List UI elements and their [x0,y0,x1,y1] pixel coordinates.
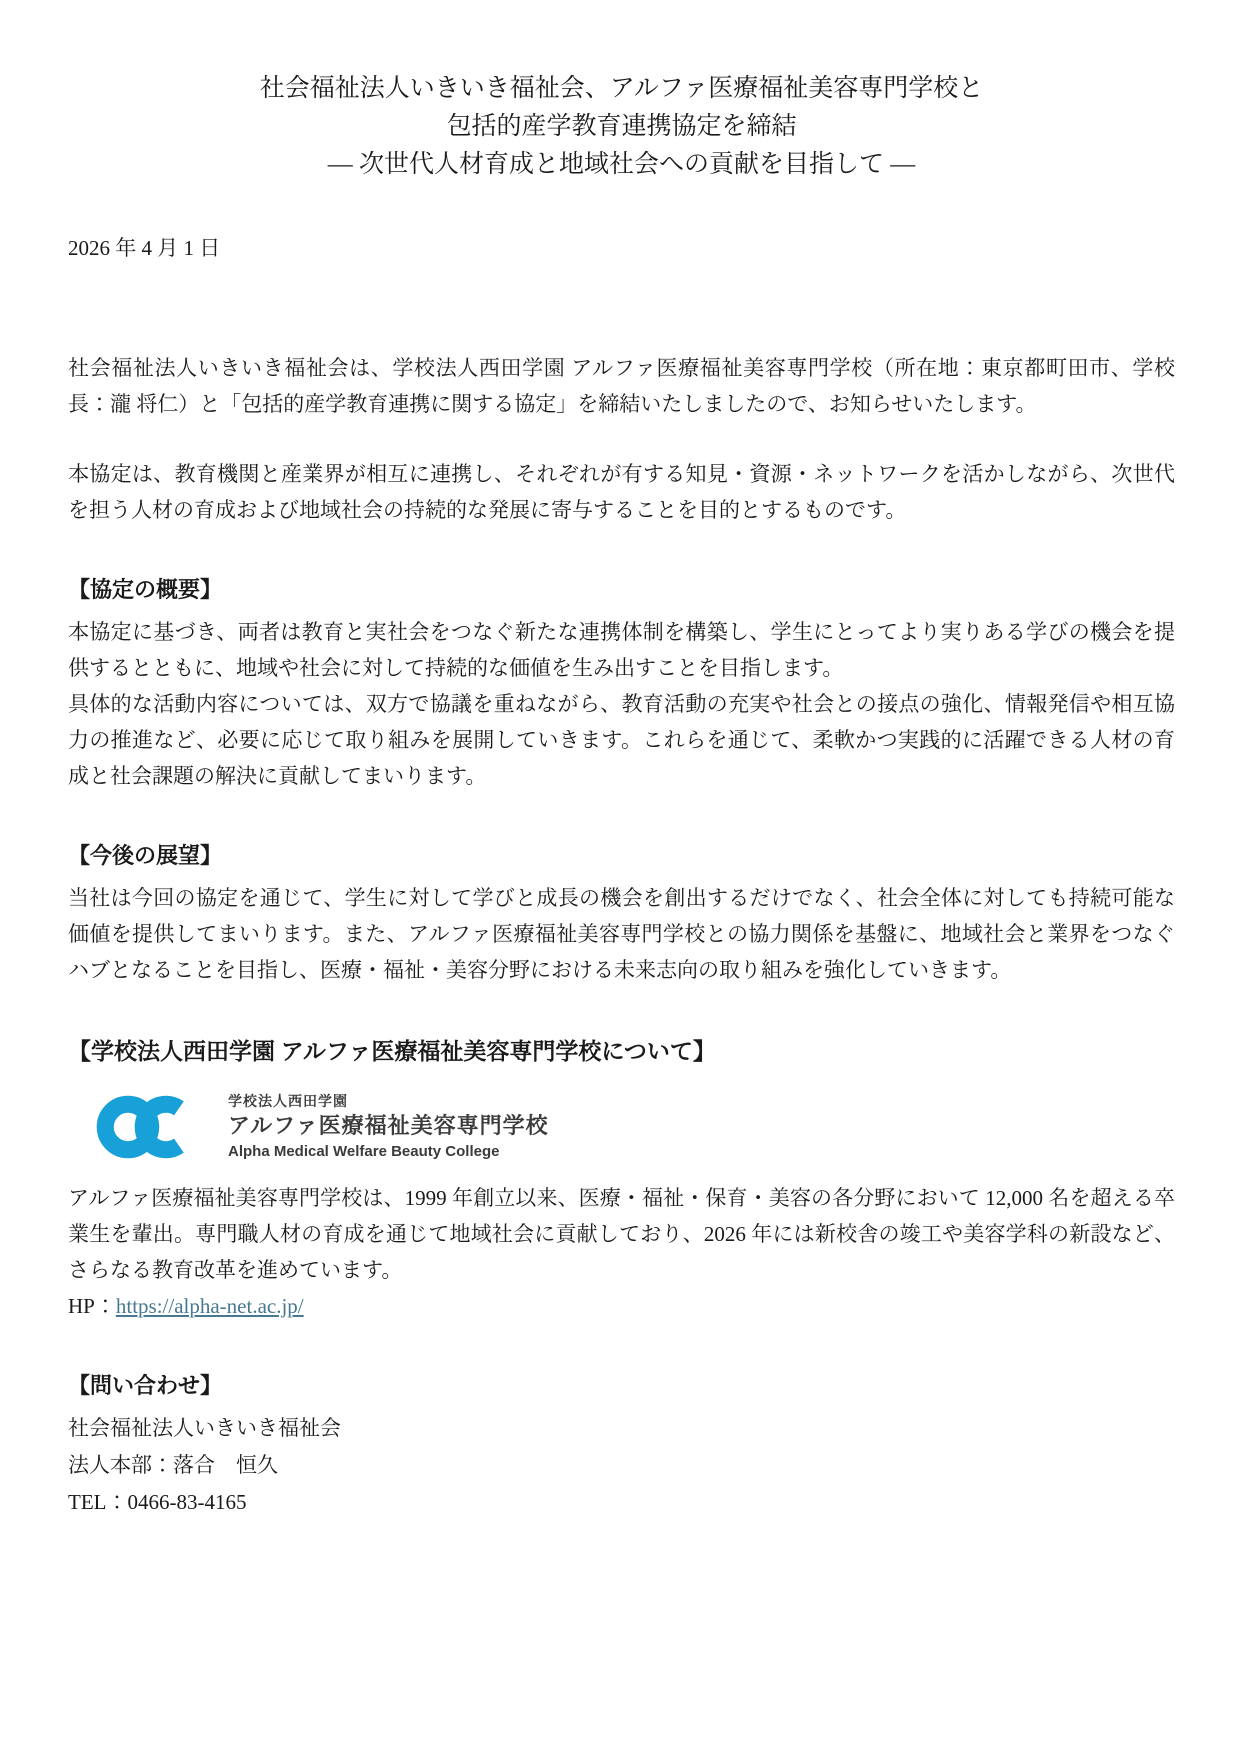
intro-paragraph-2: 本協定は、教育機関と産業界が相互に連携し、それぞれが有する知見・資源・ネットワー… [68,456,1175,528]
section-heading-outlook: 【今後の展望】 [68,838,1175,874]
intro-paragraph-1: 社会福祉法人いきいき福祉会は、学校法人西田学園 アルファ医療福祉美容専門学校（所… [68,350,1175,422]
title-line-1: 社会福祉法人いきいき福祉会、アルファ医療福祉美容専門学校と [68,70,1175,108]
about-school-paragraph: アルファ医療福祉美容専門学校は、1999 年創立以来、医療・福祉・保育・美容の各… [68,1180,1175,1288]
title-line-3: ― 次世代人材育成と地域社会への貢献を目指して ― [68,146,1175,184]
school-logo: 学校法人西田学園 アルファ医療福祉美容専門学校 Alpha Medical We… [92,1088,1175,1166]
contact-tel: TEL：0466-83-4165 [68,1484,1175,1521]
logo-corporation-name: 学校法人西田学園 [228,1091,549,1111]
press-release-page: 社会福祉法人いきいき福祉会、アルファ医療福祉美容専門学校と 包括的産学教育連携協… [0,0,1241,1755]
overview-paragraph-1: 本協定に基づき、両者は教育と実社会をつなぐ新たな連携体制を構築し、学生にとってよ… [68,614,1175,686]
section-heading-overview: 【協定の概要】 [68,572,1175,608]
document-title: 社会福祉法人いきいき福祉会、アルファ医療福祉美容専門学校と 包括的産学教育連携協… [68,70,1175,184]
section-heading-about-school: 【学校法人西田学園 アルファ医療福祉美容専門学校について】 [68,1034,1175,1070]
outlook-paragraph-1: 当社は今回の協定を通じて、学生に対して学びと成長の機会を創出するだけでなく、社会… [68,880,1175,988]
hp-line: HP：https://alpha-net.ac.jp/ [68,1288,1175,1324]
hp-label: HP： [68,1294,116,1318]
alpha-logo-icon [92,1088,198,1166]
logo-school-name-en: Alpha Medical Welfare Beauty College [228,1141,549,1163]
hp-link[interactable]: https://alpha-net.ac.jp/ [116,1294,304,1318]
release-date: 2026 年 4 月 1 日 [68,232,1175,264]
title-line-2: 包括的産学教育連携協定を締結 [68,108,1175,146]
contact-organization: 社会福祉法人いきいき福祉会 [68,1410,1175,1447]
section-heading-contact: 【問い合わせ】 [68,1368,1175,1404]
contact-head-office: 法人本部：落合 恒久 [68,1447,1175,1484]
school-logo-text: 学校法人西田学園 アルファ医療福祉美容専門学校 Alpha Medical We… [228,1091,549,1163]
logo-school-name: アルファ医療福祉美容専門学校 [228,1111,549,1141]
overview-paragraph-2: 具体的な活動内容については、双方で協議を重ねながら、教育活動の充実や社会との接点… [68,686,1175,794]
